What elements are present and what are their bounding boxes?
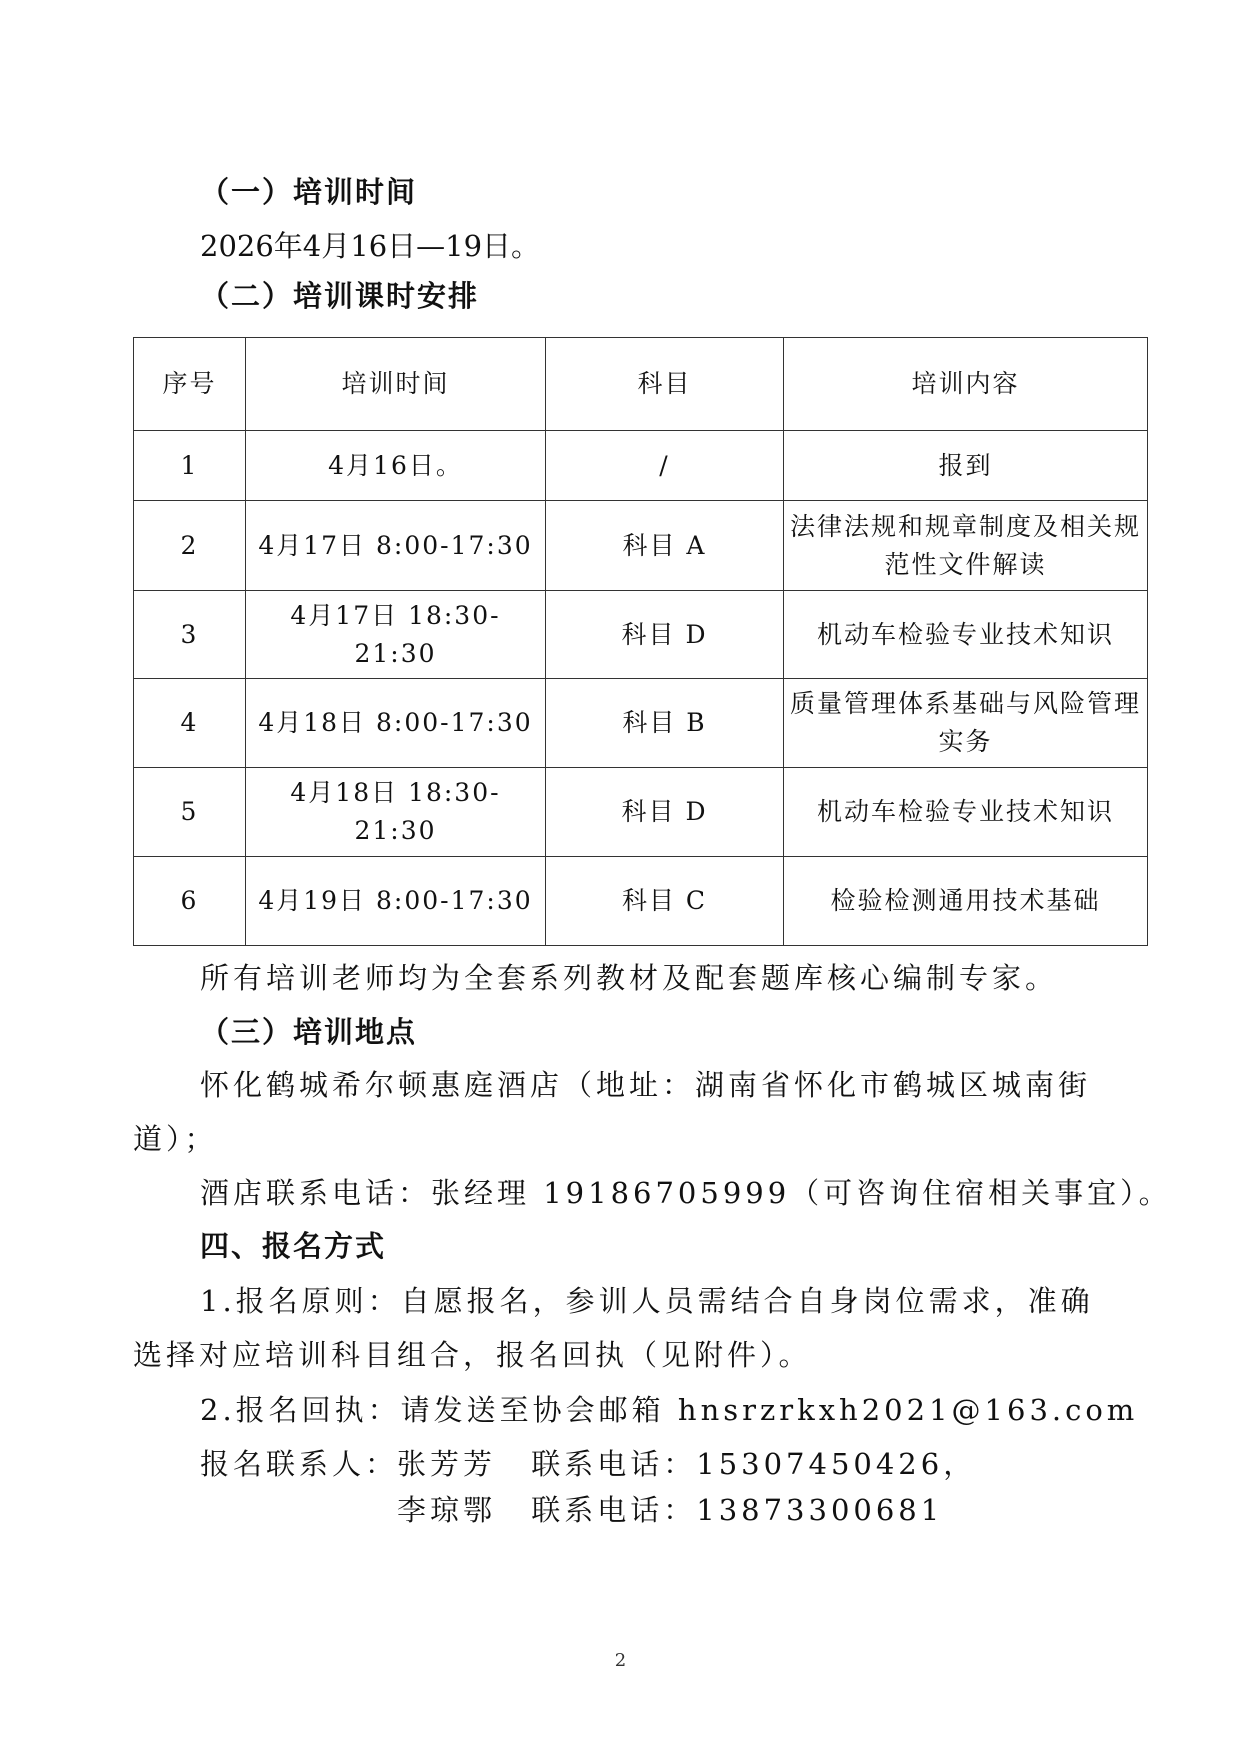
row-subject: 科目 C: [546, 857, 784, 946]
venue-address-line2: 道）；: [133, 1119, 218, 1159]
table-row: 2 4月17日 8:00-17:30 科目 A 法律法规和规章制度及相关规范性文…: [134, 501, 1148, 591]
training-dates: 2026年4月16日—19日。: [200, 226, 540, 266]
row-no: 3: [134, 591, 246, 679]
row-content: 检验检测通用技术基础: [784, 857, 1148, 946]
table-row: 5 4月18日 18:30-21:30 科目 D 机动车检验专业技术知识: [134, 768, 1148, 857]
row-subject: 科目 D: [546, 591, 784, 679]
table-row: 4 4月18日 8:00-17:30 科目 B 质量管理体系基础与风险管理实务: [134, 679, 1148, 768]
row-no: 1: [134, 431, 246, 501]
teachers-note: 所有培训老师均为全套系列教材及配套题库核心编制专家。: [200, 958, 1058, 998]
row-subject: 科目 D: [546, 768, 784, 857]
contact-name: 张芳芳: [397, 1447, 496, 1481]
contact-phone: 15307450426，: [696, 1447, 976, 1481]
header-time: 培训时间: [246, 338, 546, 431]
row-content: 机动车检验专业技术知识: [784, 768, 1148, 857]
section4-heading: 四、报名方式: [200, 1226, 386, 1266]
header-subject: 科目: [546, 338, 784, 431]
section2-heading: （二）培训课时安排: [200, 276, 479, 316]
table-row: 3 4月17日 18:30-21:30 科目 D 机动车检验专业技术知识: [134, 591, 1148, 679]
row-time: 4月17日 18:30-21:30: [246, 591, 546, 679]
row-subject: 科目 A: [546, 501, 784, 591]
page-number: 2: [0, 1650, 1241, 1671]
venue-address-line1: 怀化鹤城希尔顿惠庭酒店（地址：湖南省怀化市鹤城区城南街: [200, 1065, 1091, 1105]
row-time: 4月18日 18:30-21:30: [246, 768, 546, 857]
row-subject: /: [546, 431, 784, 501]
contact-phone: 13873300681: [696, 1493, 943, 1527]
hotel-contact: 酒店联系电话：张经理 19186705999（可咨询住宿相关事宜）。: [200, 1173, 1172, 1213]
section1-heading: （一）培训时间: [200, 172, 417, 212]
table-row: 1 4月16日。 / 报到: [134, 431, 1148, 501]
contact-phone-label: 联系电话：: [531, 1493, 696, 1527]
row-no: 6: [134, 857, 246, 946]
registration-principle-line1: 1.报名原则：自愿报名，参训人员需结合自身岗位需求，准确: [200, 1281, 1094, 1321]
row-time: 4月19日 8:00-17:30: [246, 857, 546, 946]
contact-name: 李琼鄂: [397, 1493, 496, 1527]
registration-receipt: 2.报名回执：请发送至协会邮箱 hnsrzrkxh2021@163.com: [200, 1390, 1138, 1430]
row-content: 法律法规和规章制度及相关规范性文件解读: [784, 501, 1148, 591]
header-no: 序号: [134, 338, 246, 431]
contact-row: 张芳芳 联系电话：15307450426，: [397, 1444, 976, 1484]
row-time: 4月16日。: [246, 431, 546, 501]
row-time: 4月17日 8:00-17:30: [246, 501, 546, 591]
table-header-row: 序号 培训时间 科目 培训内容: [134, 338, 1148, 431]
contact-phone-label: 联系电话：: [531, 1447, 696, 1481]
row-time: 4月18日 8:00-17:30: [246, 679, 546, 768]
header-content: 培训内容: [784, 338, 1148, 431]
section3-heading: （三）培训地点: [200, 1012, 417, 1052]
row-no: 4: [134, 679, 246, 768]
contact-row: 李琼鄂 联系电话：13873300681: [397, 1490, 943, 1530]
row-content: 报到: [784, 431, 1148, 501]
row-no: 5: [134, 768, 246, 857]
row-subject: 科目 B: [546, 679, 784, 768]
row-content: 机动车检验专业技术知识: [784, 591, 1148, 679]
table-row: 6 4月19日 8:00-17:30 科目 C 检验检测通用技术基础: [134, 857, 1148, 946]
schedule-table: 序号 培训时间 科目 培训内容 1 4月16日。 / 报到 2 4月17日 8:…: [133, 337, 1148, 946]
registration-principle-line2: 选择对应培训科目组合，报名回执（见附件）。: [133, 1335, 812, 1375]
row-no: 2: [134, 501, 246, 591]
contacts-label: 报名联系人：: [200, 1444, 398, 1484]
row-content: 质量管理体系基础与风险管理实务: [784, 679, 1148, 768]
